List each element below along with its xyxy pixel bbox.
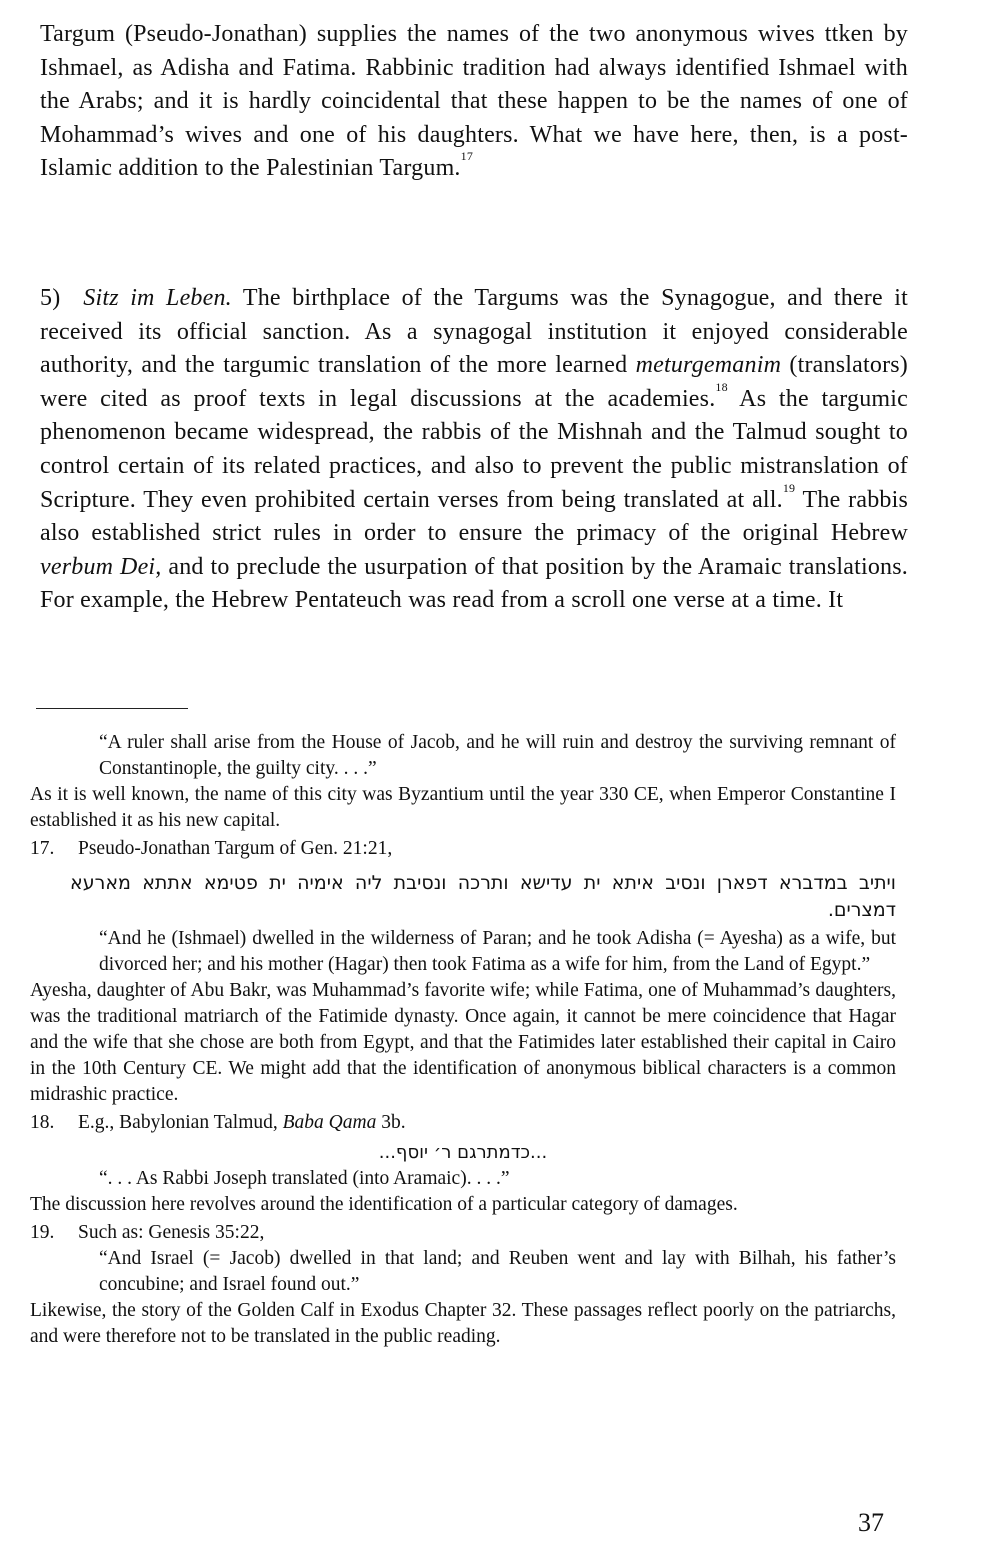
continued-quote: “A ruler shall arise from the House of J… [30,730,896,782]
footnote-ref-17[interactable]: 17 [461,149,473,163]
paragraph-text: and to preclude the usurpation of that p… [40,554,908,614]
latin-phrase: verbum Dei, [40,554,162,580]
footnote-citation: E.g., Babylonian Talmud, [78,1112,283,1133]
hebrew-text: ויתיב במדברא דפארן ונסיב איתא ית עדישא ו… [30,870,896,924]
book-page: Targum (Pseudo-Jonathan) supplies the na… [0,0,1000,1562]
translation-quote: “And he (Ishmael) dwelled in the wildern… [30,926,896,978]
footnote-19: 19.Such as: Genesis 35:22, [30,1220,896,1246]
footnote-number: 18. [30,1110,78,1136]
footnote-citation: Such as: Genesis 35:22, [78,1222,264,1243]
hebrew-text: ...כדמתרגם ר׳ יוסף... [30,1140,896,1166]
translation-quote: “. . . As Rabbi Joseph translated (into … [30,1166,896,1192]
continued-text: As it is well known, the name of this ci… [30,782,896,834]
body-paragraph-1: Targum (Pseudo-Jonathan) supplies the na… [40,18,908,186]
footnote-18: 18.E.g., Babylonian Talmud, Baba Qama 3b… [30,1110,896,1136]
section-heading: Sitz im Leben. [83,285,232,311]
footnotes-section: “A ruler shall arise from the House of J… [30,730,896,1350]
footnote-citation: Pseudo-Jonathan Targum of Gen. 21:21, [78,838,392,859]
citation-title: Baba Qama [283,1112,377,1133]
paragraph-text: Targum (Pseudo-Jonathan) supplies the na… [40,21,908,181]
footnote-ref-19[interactable]: 19 [783,481,795,495]
footnote-17: 17.Pseudo-Jonathan Targum of Gen. 21:21, [30,836,896,862]
section-number: 5) [40,285,60,311]
footnote-number: 17. [30,836,78,862]
footnote-number: 19. [30,1220,78,1246]
page-number: 37 [858,1508,884,1538]
footnote-citation: 3b. [376,1112,405,1133]
term-meturgemanim: meturgemanim [636,352,782,378]
footnote-commentary: Likewise, the story of the Golden Calf i… [30,1298,896,1350]
body-paragraph-2: 5) Sitz im Leben. The birthplace of the … [40,282,908,618]
translation-quote: “And Israel (= Jacob) dwelled in that la… [30,1246,896,1298]
footnote-divider [36,708,188,709]
footnote-ref-18[interactable]: 18 [715,380,727,394]
footnote-commentary: The discussion here revolves around the … [30,1192,896,1218]
footnote-commentary: Ayesha, daughter of Abu Bakr, was Muhamm… [30,978,896,1108]
